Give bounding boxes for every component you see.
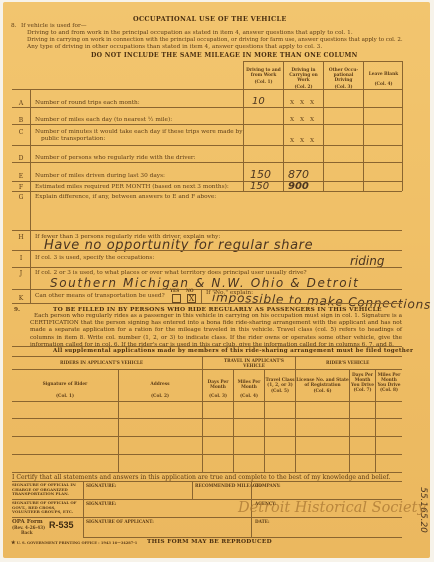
row-a-col2-value: X X X — [290, 100, 316, 106]
row-e-col1-value[interactable]: 150 — [250, 168, 271, 181]
rule — [12, 107, 402, 108]
item8-intro: If vehicle is used for— — [21, 23, 87, 29]
yes-label: YES — [170, 288, 179, 293]
company-label: COMPANY: — [255, 483, 281, 488]
sig1-label: SIGNATURE OF OFFICIAL IN CHARGE OF ORGAN… — [12, 483, 82, 497]
row-letter: A — [14, 100, 28, 107]
row-letter: D — [14, 155, 28, 162]
row-letter: I — [14, 255, 28, 262]
rider-row-rule — [12, 436, 402, 437]
rider-row-rule — [12, 418, 402, 419]
rider-col8-header: Miles Per Month You Drive(Col. 8) — [376, 373, 402, 393]
rule — [283, 61, 284, 191]
rule — [12, 267, 402, 268]
row-f-col1-value[interactable]: 150 — [250, 181, 269, 192]
row-letter: F — [14, 184, 28, 191]
row-e-col2-value[interactable]: 870 — [288, 168, 309, 181]
form-number: R-535 — [49, 520, 74, 530]
supplemental-notice: All supplemental applications made by me… — [53, 348, 413, 354]
rule — [402, 61, 403, 191]
row-label: Number of minutes it would take each day… — [35, 129, 243, 135]
group-travel: TRAVEL IN APPLICANT'S VEHICLE — [214, 358, 294, 368]
rule — [12, 162, 402, 163]
rider-row-rule — [12, 401, 402, 402]
rule — [12, 191, 402, 192]
row-letter: C — [14, 129, 28, 136]
row-letter: E — [14, 173, 28, 180]
item8-line-1: Driving to and from work in the principa… — [27, 30, 353, 36]
rule — [83, 537, 402, 538]
no-label: NO — [186, 288, 193, 293]
sig2-input[interactable] — [86, 506, 246, 516]
item9-heading: TO BE FILLED IN BY PERSONS WHO RIDE REGU… — [53, 306, 382, 313]
rider-col1-header: Signature of Rider(Col. 1) — [12, 382, 118, 399]
rule — [323, 61, 324, 191]
col2-header: Driving in Carrying on Work(Col. 2) — [285, 68, 322, 90]
date-label: DATE: — [255, 519, 270, 524]
row-a-col1-value[interactable]: 10 — [252, 96, 265, 107]
rule — [12, 356, 402, 357]
group-riders: RIDERS IN APPLICANT'S VEHICLE — [60, 360, 143, 365]
col1-header: Driving to and from Work(Col. 1) — [245, 68, 282, 85]
rule — [243, 61, 244, 191]
sig2-label: SIGNATURE OF OFFICIAL OF GOVT., RED CROS… — [12, 501, 82, 515]
rule — [12, 346, 402, 347]
row-label: Number of persons who regularly ride wit… — [35, 155, 196, 161]
rule — [30, 89, 31, 303]
row-b-col2-value: X X X — [290, 117, 316, 123]
row-c-col2-value: X X X — [290, 138, 316, 144]
mileage-warning: DO NOT INCLUDE THE SAME MILEAGE IN MORE … — [91, 52, 358, 59]
rider-col7-header: Days Per Month You Drive(Col. 7) — [350, 373, 375, 393]
rider-row-rule — [12, 454, 402, 455]
rider-col5-header: Travel Class (1, 2, or 3)(Col. 5) — [265, 378, 295, 394]
rider-row-rule — [12, 472, 402, 473]
rule — [201, 289, 202, 303]
rule — [363, 61, 364, 191]
rule — [12, 181, 402, 182]
rule — [12, 369, 402, 370]
rule — [12, 230, 402, 231]
rule — [12, 124, 402, 125]
section-title: OCCUPATIONAL USE OF THE VEHICLE — [133, 15, 287, 23]
rule — [12, 145, 402, 146]
row-letter: K — [14, 295, 28, 302]
row-label: Estimated miles required PER MONTH (base… — [35, 184, 229, 190]
row-label: Number of round trips each month: — [35, 100, 140, 106]
row-label: Number of miles driven during last 30 da… — [35, 173, 165, 179]
rider-col2-header: Address(Col. 2) — [118, 382, 202, 399]
row-label: Number of miles each day (to nearest ½ m… — [35, 117, 172, 123]
item8-line-2: Driving in carrying on work in connectio… — [27, 37, 403, 43]
rider-col6-header: License No. and State of Registration(Co… — [296, 378, 349, 394]
row-letter: B — [14, 117, 28, 124]
row-letter: J — [14, 270, 28, 277]
rule — [12, 250, 402, 251]
rider-col4-header: Miles Per Month(Col. 4) — [234, 380, 264, 399]
no-checkbox[interactable]: X — [187, 294, 196, 303]
item9-paragraph: Each person who regularly rides as a pas… — [30, 313, 402, 349]
item8-line-3: Any type of driving in other occupations… — [27, 44, 322, 50]
answer-j[interactable]: Southern Michigan & N.W. Ohio & Detroit — [50, 276, 359, 290]
rule — [192, 481, 193, 499]
watermark: Detroit Historical Society — [238, 500, 426, 516]
item8-number: 8. — [11, 23, 17, 29]
answer-h-cont[interactable]: riding — [350, 254, 384, 268]
star-icon: ★ — [11, 540, 15, 546]
row-f-col2-value[interactable]: 900 — [288, 181, 309, 192]
reproduce-notice: THIS FORM MAY BE REPRODUCED — [147, 539, 272, 545]
row-label-cont: public transportation: — [41, 136, 105, 142]
question-label: Can other means of transportation be use… — [35, 293, 165, 299]
rule — [12, 517, 402, 518]
sig1-input[interactable] — [86, 488, 190, 498]
col3-header: Other Occu-pational Driving(Col. 3) — [325, 68, 362, 90]
group-riders-vehicle: RIDER'S VEHICLE — [326, 360, 369, 365]
row-letter: H — [14, 234, 28, 241]
yes-checkbox[interactable] — [172, 294, 181, 303]
rule — [83, 481, 84, 537]
certification-statement: I Certify that all statements and answer… — [12, 474, 390, 481]
question-label: Explain difference, if any, between answ… — [35, 194, 216, 200]
applicant-signature-input[interactable] — [86, 524, 246, 535]
col4-header: Leave Blank(Col. 4) — [365, 72, 402, 87]
form-side: Back — [21, 530, 33, 535]
question-label: If col. 3 is used, specify the occupatio… — [35, 255, 154, 261]
rule — [12, 303, 402, 304]
item9-number: 9. — [14, 307, 20, 313]
row-letter: G — [14, 194, 28, 201]
printer-imprint: ★ U. S. GOVERNMENT PRINTING OFFICE : 194… — [11, 541, 137, 546]
rider-col3-header: Days Per Month(Col. 3) — [203, 380, 233, 399]
